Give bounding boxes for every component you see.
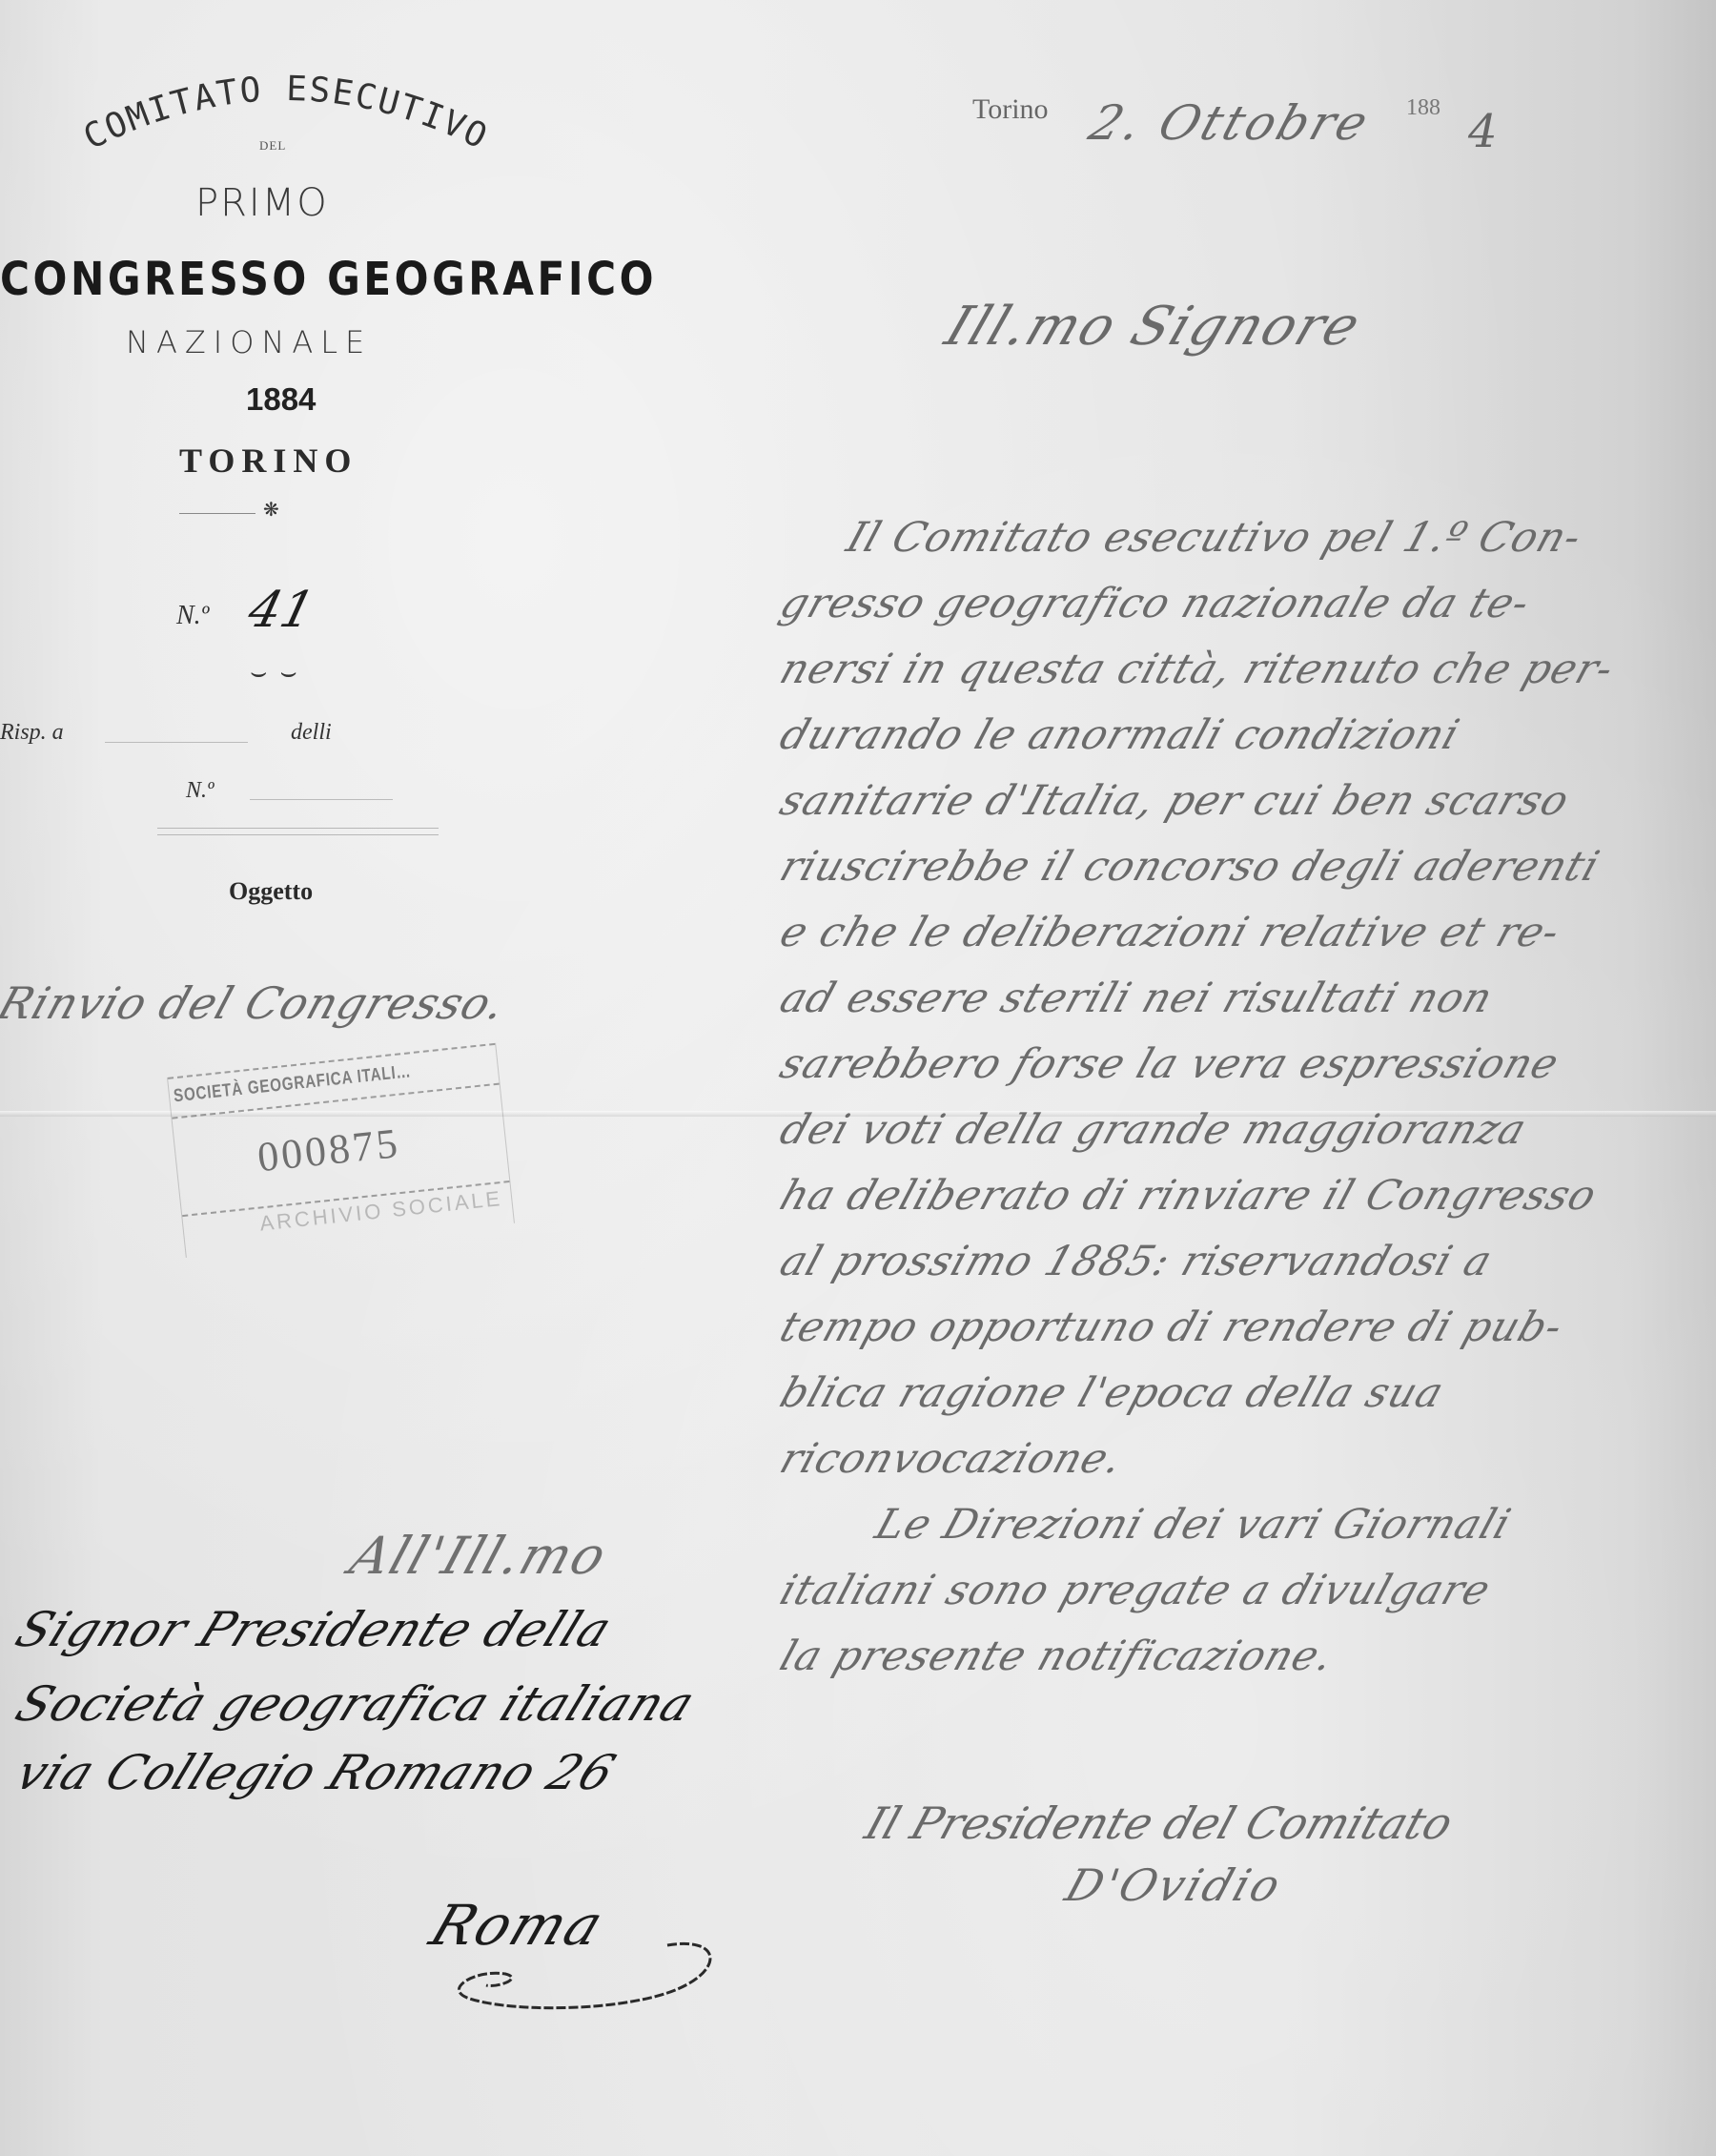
dateline-city: Torino	[972, 93, 1049, 126]
body-line: sanitarie d'Italia, per cui ben scarso	[771, 769, 1707, 834]
archive-stamp: SOCIETÀ GEOGRAFICA ITALI… 000875 ARCHIVI…	[167, 1043, 515, 1258]
body-line: durando le anormali condizioni	[771, 703, 1707, 769]
body-line: e che le deliberazioni relative et re-	[771, 900, 1707, 966]
dateline-century: 188	[1406, 95, 1440, 121]
body-line: Le Direzioni dei vari Giornali	[771, 1492, 1707, 1558]
body-line: ad essere sterili nei risultati non	[771, 966, 1707, 1032]
letterhead-congress-title: CONGRESSO GEOGRAFICO	[0, 253, 657, 306]
signature-name: D'Ovidio	[1059, 1859, 1289, 1911]
dateline-year-digit: 4	[1468, 105, 1498, 158]
body-line: gresso geografico nazionale da te-	[771, 571, 1707, 637]
address-street: via Collegio Romano 26	[8, 1745, 623, 1800]
reply-number-field	[250, 799, 393, 800]
body-line: la presente notificazione.	[771, 1624, 1707, 1690]
dateline-date: 2. Ottobre	[1083, 95, 1378, 151]
address-recipient: Signor Presidente della	[8, 1602, 620, 1657]
subject-label: Oggetto	[229, 877, 313, 906]
body-line: blica ragione l'epoca della sua	[771, 1361, 1707, 1427]
ornament-rule-left	[179, 513, 255, 514]
subject-value: Rinvio del Congresso.	[0, 977, 513, 1029]
body-line: italiani sono pregate a divulgare	[771, 1558, 1707, 1624]
body-line: sarebbero forse la vera espressione	[771, 1032, 1707, 1098]
letterhead-nazionale: NAZIONALE	[126, 324, 372, 360]
ornament-icon: ❋	[263, 498, 279, 521]
address-organization: Società geografica italiana	[8, 1676, 703, 1732]
body-line: dei voti della grande maggioranza	[771, 1098, 1707, 1163]
body-line: riuscirebbe il concorso degli aderenti	[771, 834, 1707, 900]
letterhead-ornament: ❋	[179, 503, 322, 523]
letterhead-primo: PRIMO	[195, 181, 329, 225]
letterhead-year: 1884	[246, 381, 316, 418]
reply-number-label: N.º	[186, 778, 214, 804]
body-line: riconvocazione.	[771, 1427, 1707, 1492]
protocol-number-value: 41	[243, 582, 320, 639]
delli-label: delli	[291, 720, 332, 746]
body-line: Il Comitato esecutivo pel 1.º Con-	[771, 505, 1707, 571]
body-line: al prossimo 1885: riservandosi a	[771, 1229, 1707, 1295]
reply-to-field	[105, 742, 248, 743]
letterhead-city: TORINO	[179, 441, 357, 481]
letter-page: COMITATO ESECUTIVO DEL PRIMO CONGRESSO G…	[0, 0, 1716, 2156]
address-honorific: All'Ill.mo	[343, 1526, 616, 1586]
stamp-serial-number: 000875	[255, 1119, 403, 1181]
city-flourish	[448, 1917, 734, 2012]
body-line: ha deliberato di rinviare il Congresso	[771, 1163, 1707, 1229]
body-line: nersi in questa città, ritenuto che per-	[771, 637, 1707, 703]
reply-to-label: Risp. a	[0, 720, 64, 746]
salutation: Ill.mo Signore	[937, 296, 1370, 358]
letter-body: Il Comitato esecutivo pel 1.º Con- gress…	[782, 505, 1697, 1690]
stamp-society-text: SOCIETÀ GEOGRAFICA ITALI…	[173, 1061, 412, 1107]
signature-title: Il Presidente del Comitato	[859, 1797, 1459, 1849]
body-line: tempo opportuno di rendere di pub-	[771, 1295, 1707, 1361]
double-rule-divider	[157, 828, 439, 835]
protocol-number-underline: ⌣ ⌣	[250, 656, 299, 688]
protocol-number-label: N.º	[176, 601, 209, 631]
letterhead-dei: DEL	[259, 138, 286, 154]
